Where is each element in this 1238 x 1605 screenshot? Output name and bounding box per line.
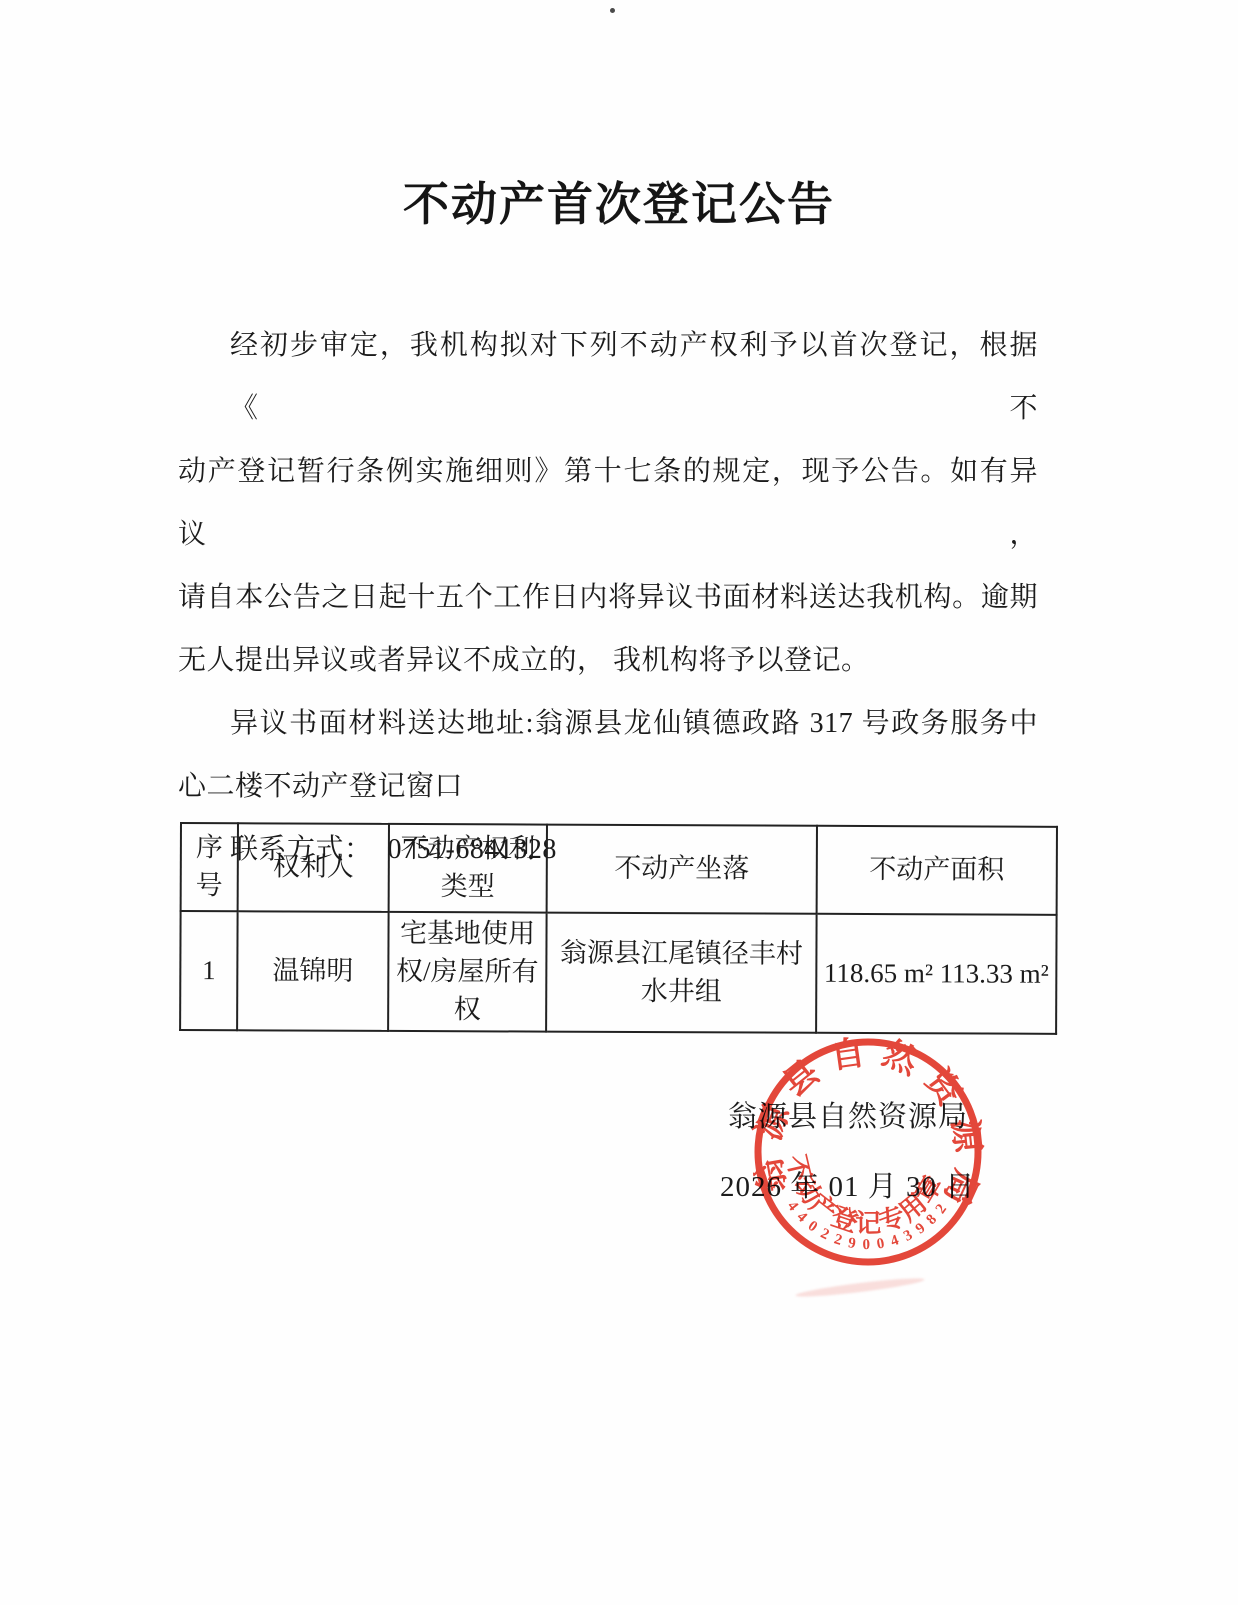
header-权利人: 权利人 xyxy=(238,823,389,912)
header-不动产面积: 不动产面积 xyxy=(817,826,1057,915)
registration-table: 序号 权利人 不动产权利类型 不动产坐落 不动产面积 1 温锦明 宅基地使用权/… xyxy=(179,822,1058,1035)
official-seal: 翁源县自然资源局 不动产登记专用章 4402290043982 xyxy=(748,1032,988,1272)
table-header-row: 序号 权利人 不动产权利类型 不动产坐落 不动产面积 xyxy=(181,823,1057,915)
document-page: 不动产首次登记公告 经初步审定，我机构拟对下列不动产权利予以首次登记，根据《不 … xyxy=(0,0,1238,1605)
body-line: 经初步审定，我机构拟对下列不动产权利予以首次登记，根据《不 xyxy=(178,314,1038,440)
cell-location: 翁源县江尾镇径丰村水井组 xyxy=(546,913,817,1034)
announcement-body: 经初步审定，我机构拟对下列不动产权利予以首次登记，根据《不 动产登记暂行条例实施… xyxy=(178,314,1038,881)
address-line: 心二楼不动产登记窗口 xyxy=(178,755,1038,818)
table-row: 1 温锦明 宅基地使用权/房屋所有权 翁源县江尾镇径丰村水井组 118.65 m… xyxy=(180,911,1057,1034)
header-不动产权利类型: 不动产权利类型 xyxy=(389,824,547,913)
address-line: 异议书面材料送达地址:翁源县龙仙镇德政路 317 号政务服务中 xyxy=(178,692,1038,755)
body-line: 无人提出异议或者异议不成立的， 我机构将予以登记。 xyxy=(178,629,1038,692)
seal-ink-smudge xyxy=(795,1275,925,1300)
cell-right-holder: 温锦明 xyxy=(237,911,389,1031)
scan-artifact-dot xyxy=(610,8,615,13)
header-不动产坐落: 不动产坐落 xyxy=(547,825,817,914)
cell-right-type: 宅基地使用权/房屋所有权 xyxy=(388,912,547,1032)
body-line: 请自本公告之日起十五个工作日内将异议书面材料送达我机构。逾期 xyxy=(178,566,1038,629)
cell-serial-no: 1 xyxy=(180,911,238,1031)
cell-area: 118.65 m² 113.33 m² xyxy=(816,914,1057,1034)
page-title: 不动产首次登记公告 xyxy=(0,182,1238,228)
seal-ring-text: 翁源县自然资源局 xyxy=(748,1032,988,1222)
body-line: 动产登记暂行条例实施细则》第十七条的规定，现予公告。如有异议， xyxy=(178,440,1038,566)
header-序号: 序号 xyxy=(181,823,238,911)
